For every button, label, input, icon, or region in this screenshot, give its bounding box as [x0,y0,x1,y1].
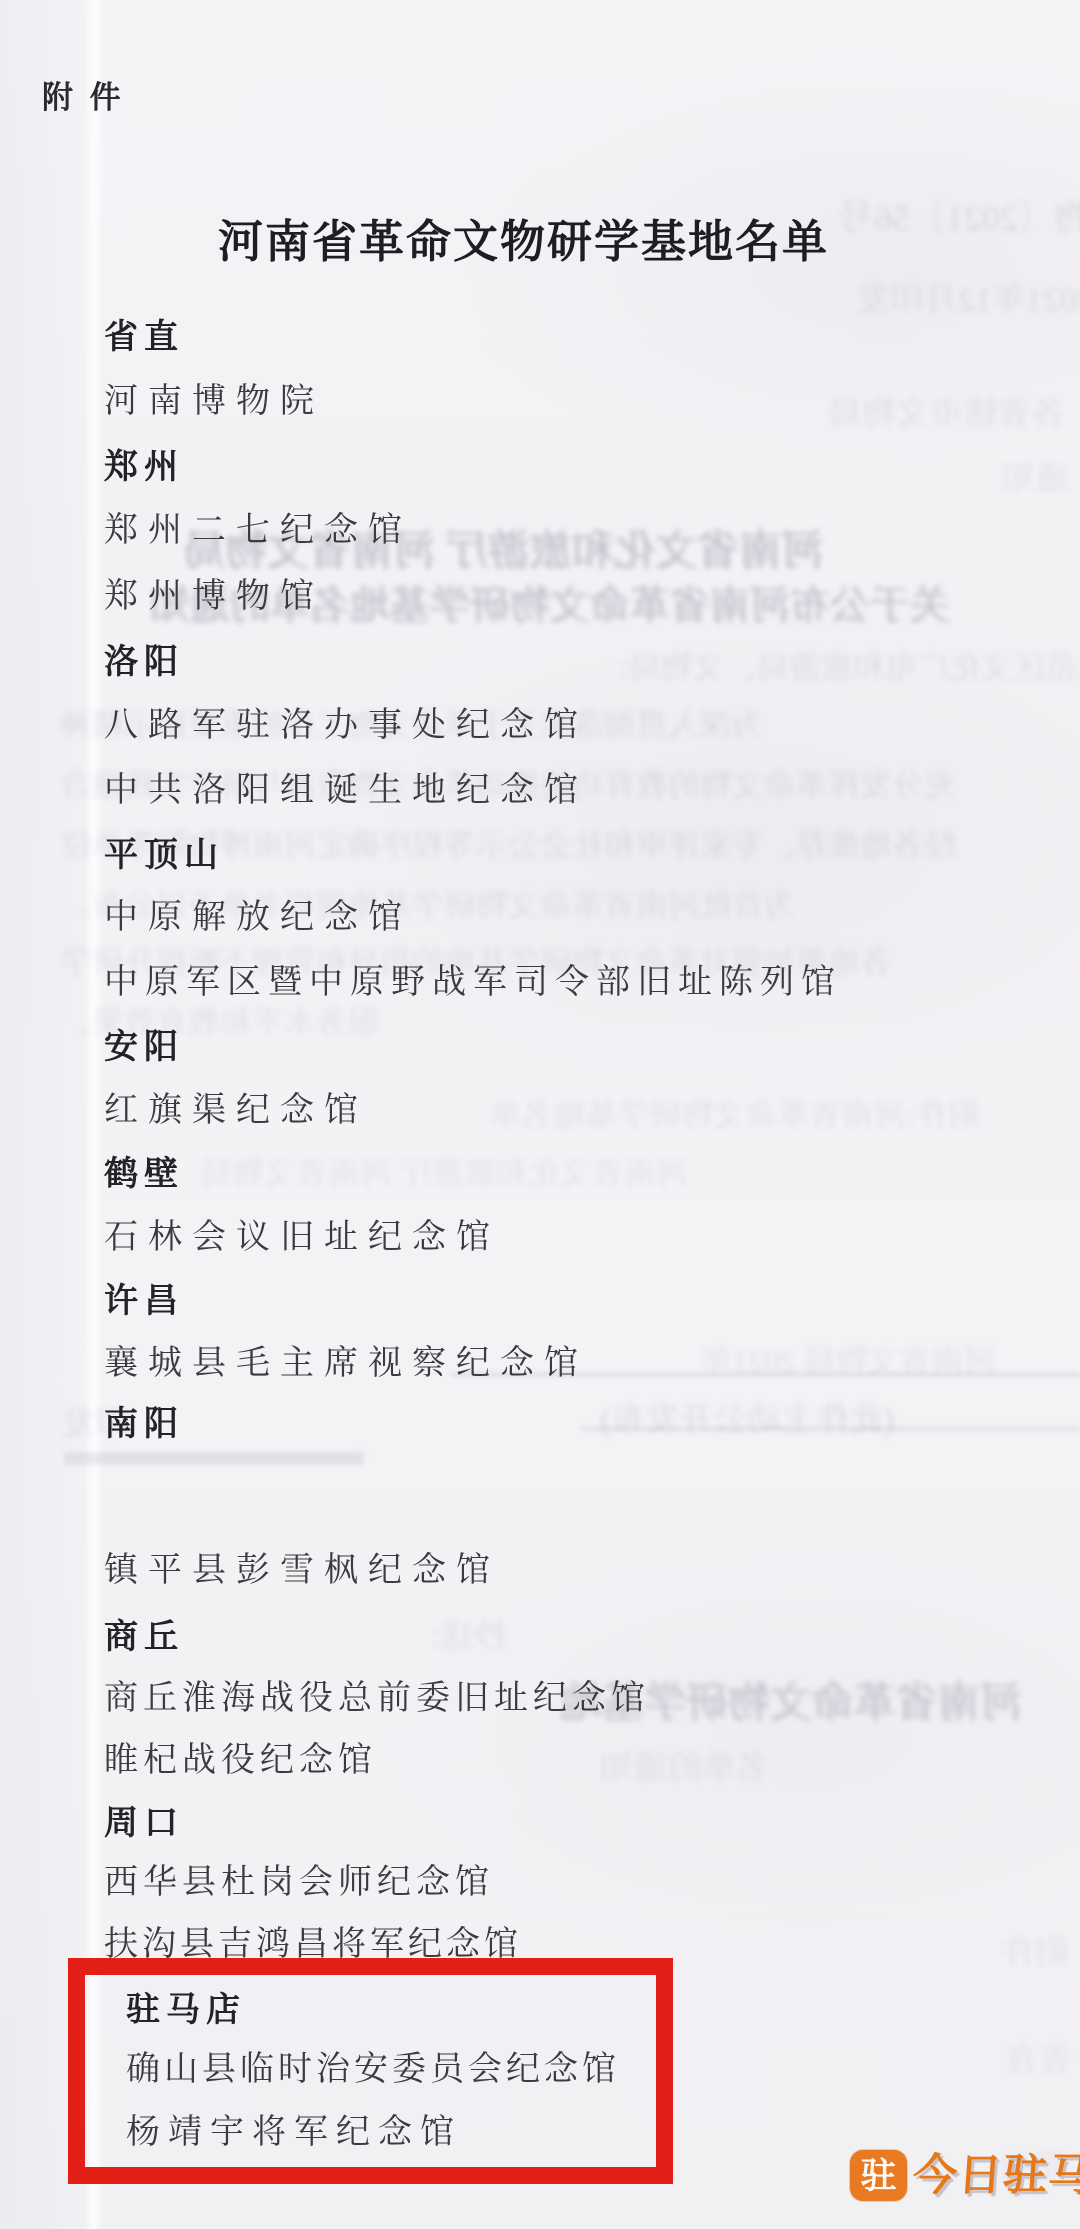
site-name: 河南博物院 [104,381,324,423]
bleedthrough-line: (此件主动公开发布) [600,1392,895,1441]
site-name: 八路军驻洛办事处纪念馆 [104,705,588,747]
city-label: 许昌 [104,1280,184,1322]
smudge-mark [580,1427,1080,1430]
scanned-document-page: 豫文物〔2021〕56号2021年12月印发各省辖市文物局通知河南省文化和旅游厅… [0,0,1080,2229]
city-label: 平顶山 [104,834,224,876]
bleedthrough-line: 河南省文物局 2021年 [700,1336,996,1382]
bleedthrough-line: 各省辖市文物局 [828,386,1066,435]
watermark-app-icon: 驻 [850,2150,907,2201]
city-label: 安阳 [104,1026,184,1068]
watermark: 驻 今日驻马店 [850,2150,1080,2201]
site-name: 襄城县毛主席视察纪念馆 [104,1343,588,1385]
bleedthrough-line: 各省辖市、济源示范区文化广电和旅游局、文物局: [620,642,1080,688]
page-crease [84,0,104,2229]
site-name: 红旗渠纪念馆 [104,1090,368,1132]
site-name: 西华县杜岗会师纪念馆 [104,1862,494,1904]
bleedthrough-line: 省直 [1005,2032,1073,2081]
city-label: 省直 [104,316,184,358]
smudge-mark [64,1452,364,1465]
site-name: 郑州博物馆 [104,576,324,618]
page-title: 河南省革命文物研学基地名单 [218,216,829,268]
bleedthrough-line: 抄送: [430,1608,507,1657]
site-name: 睢杞战役纪念馆 [104,1740,377,1782]
bleedthrough-line: 河南省文化和旅游厅 河南省文物局 [200,1148,688,1194]
city-label: 商丘 [104,1616,184,1658]
bleedthrough-line: 名单的通知 [600,1740,770,1789]
bleedthrough-line: 2021年12月印发 [856,272,1080,321]
site-name: 镇平县彭雪枫纪念馆 [104,1550,500,1592]
bleedthrough-line: 通知 [1002,450,1070,499]
city-label: 洛阳 [104,641,184,683]
city-label: 鹤壁 [104,1153,184,1195]
city-label: 周口 [104,1802,184,1844]
site-name: 中共洛阳组诞生地纪念馆 [104,770,588,812]
site-name: 郑州二七纪念馆 [104,510,412,552]
site-name: 中原军区暨中原野战军司令部旧址陈列馆 [104,962,842,1004]
site-name: 商丘淮海战役总前委旧址纪念馆 [104,1678,650,1720]
bleedthrough-line: 附件 [1000,1925,1068,1974]
watermark-icon-glyph: 驻 [860,2158,896,2194]
watermark-text: 今日驻马店 [911,2152,1080,2200]
city-label: 南阳 [104,1403,184,1445]
bleedthrough-line: 附件:河南省革命文物研学基地名单 [490,1090,979,1136]
attachment-label: 附 件 [42,80,125,116]
city-label: 郑州 [104,446,184,488]
site-name: 石林会议旧址纪念馆 [104,1217,500,1259]
bleedthrough-line: 豫文物〔2021〕56号 [838,190,1080,241]
site-name: 中原解放纪念馆 [104,897,412,939]
highlight-box [68,1958,673,2184]
